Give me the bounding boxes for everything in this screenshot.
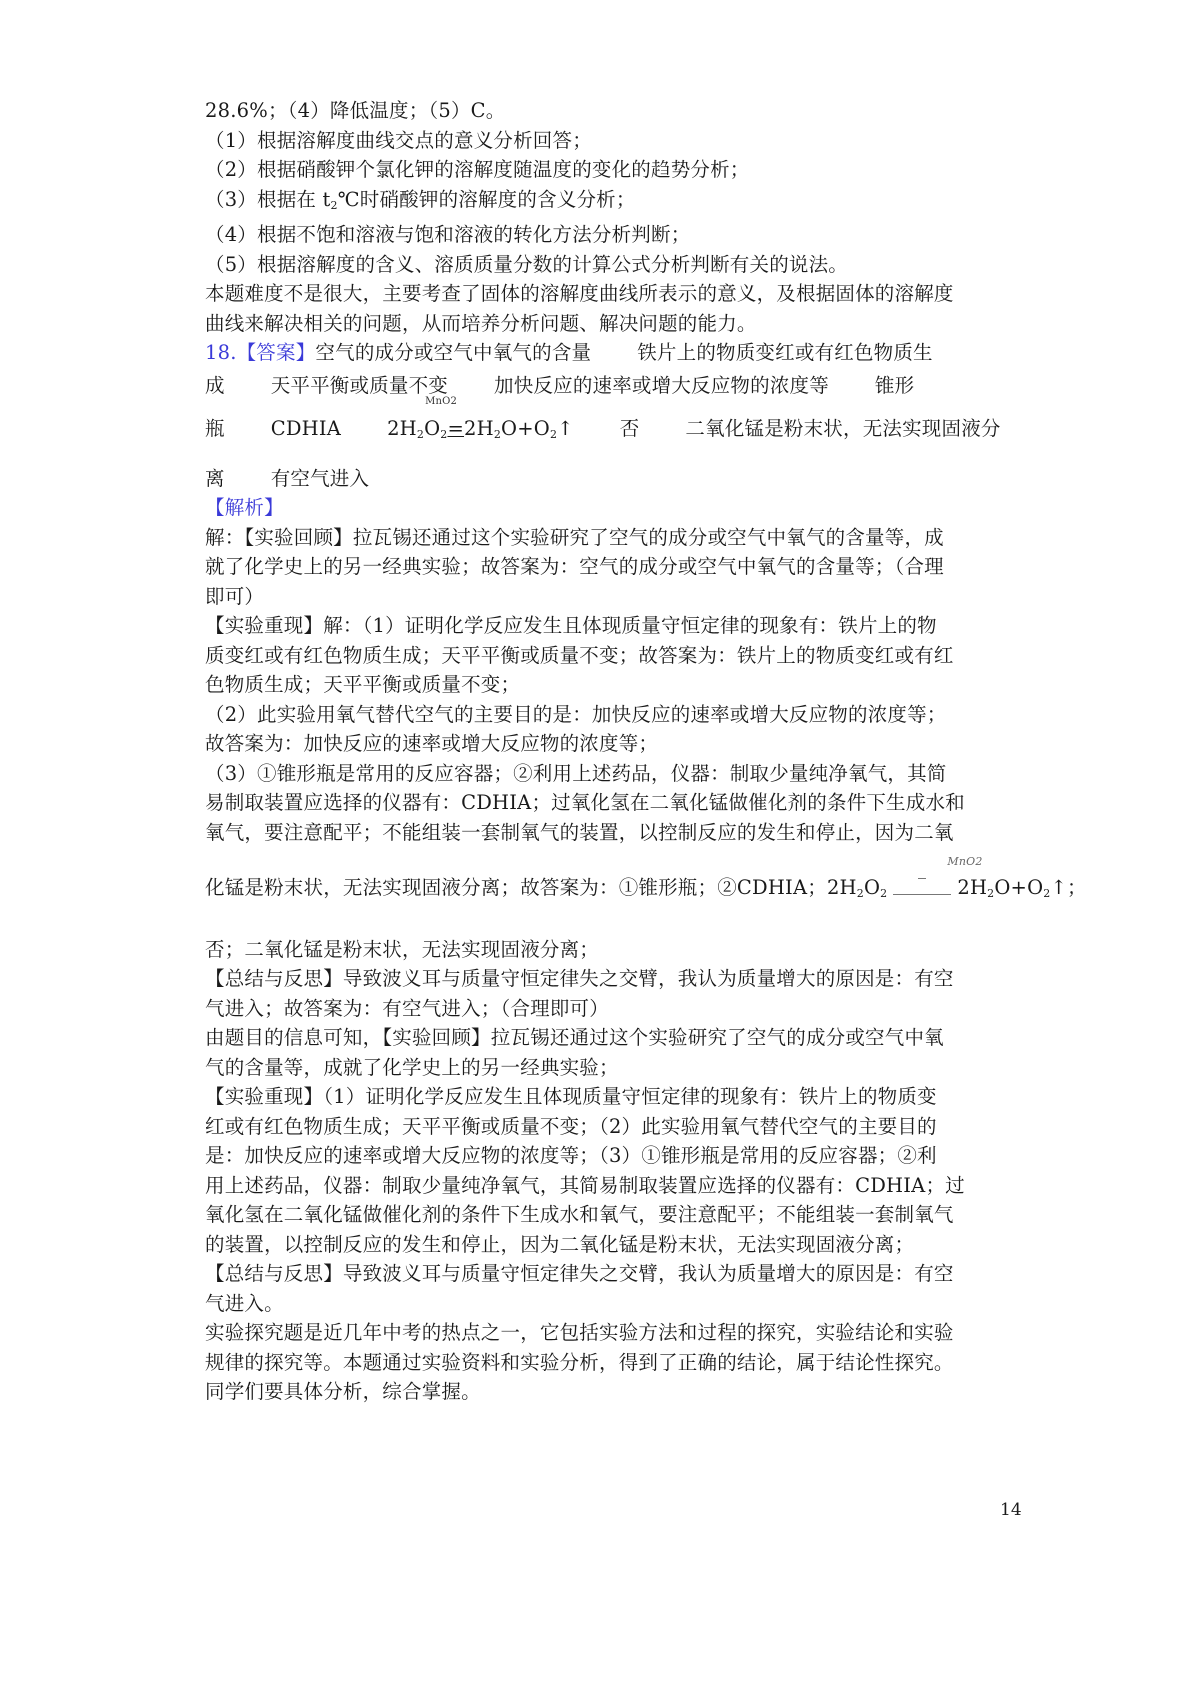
answer-6: CDHIA [271,417,341,440]
text-line: 【实验重现】解：（1）证明化学反应发生且体现质量守恒定律的现象有：铁片上的物 [205,611,1005,641]
text-line: 28.6%；（4）降低温度；（5）C。 [205,96,1005,126]
text-line: 易制取装置应选择的仪器有：CDHIA；过氧化氢在二氧化锰做催化剂的条件下生成水和 [205,788,1005,818]
answer-5-cont: 瓶 [205,417,225,440]
answer-2: 铁片上的物质变红或有红色物质生 [637,341,933,364]
answer-9-cont: 离 [205,467,225,490]
text-line: （3）根据在 t2℃时硝酸钾的溶解度的含义分析； [205,185,1005,221]
answer-line: 18.【答案】空气的成分或空气中氧气的含量铁片上的物质变红或有红色物质生 [205,338,1005,368]
text-span: ℃时硝酸钾的溶解度的含义分析； [338,188,636,211]
text-line: 解：【实验回顾】拉瓦锡还通过这个实验研究了空气的成分或空气中氧气的含量等，成 [205,523,1005,553]
text-line: 【总结与反思】导致波义耳与质量守恒定律失之交臂，我认为质量增大的原因是：有空 [205,964,1005,994]
text-line: 色物质生成；天平平衡或质量不变； [205,670,1005,700]
text-line: 红或有红色物质生成；天平平衡或质量不变；（2）此实验用氧气替代空气的主要目的 [205,1112,1005,1142]
answer-2-cont: 成 [205,374,225,397]
answer-line: 离有空气进入 [205,464,1005,494]
text-line: （2）根据硝酸钾个氯化钾的溶解度随温度的变化的趋势分析； [205,155,1005,185]
text-line: 规律的探究等。本题通过实验资料和实验分析，得到了正确的结论，属于结论性探究。 [205,1348,1005,1378]
text-line: （5）根据溶解度的含义、溶质质量分数的计算公式分析判断有关的说法。 [205,250,1005,280]
page-number: 14 [1000,1500,1022,1520]
text-line: 气进入。 [205,1289,1005,1319]
answer-label: 18.【答案】 [205,341,315,364]
text-line: 是：加快反应的速率或增大反应物的浓度等；（3）①锥形瓶是常用的反应容器；②利 [205,1141,1005,1171]
answer-1: 空气的成分或空气中氧气的含量 [315,341,591,364]
text-line: 气进入；故答案为：有空气进入；（合理即可） [205,994,1005,1024]
chemical-equation: MnO22H2O2=2H2O+O2↑ [387,414,574,450]
text-line: 【总结与反思】导致波义耳与质量守恒定律失之交臂，我认为质量增大的原因是：有空 [205,1259,1005,1289]
text-line: 氧气，要注意配平；不能组装一套制氧气的装置，以控制反应的发生和停止，因为二氧 [205,818,1005,848]
catalyst-label: MnO2 [425,397,457,407]
text-line: 就了化学史上的另一经典实验；故答案为：空气的成分或空气中氧气的含量等；（合理 [205,552,1005,582]
text-line: 化锰是粉末状，无法实现固液分离；故答案为：①锥形瓶；②CDHIA；2H2O2Mn… [205,873,1005,909]
text-line: 【实验重现】（1）证明化学反应发生且体现质量守恒定律的现象有：铁片上的物质变 [205,1082,1005,1112]
catalyst-label: MnO2 [947,847,982,877]
text-line: 本题难度不是很大，主要考查了固体的溶解度曲线所表示的意义，及根据固体的溶解度 [205,279,1005,309]
text-span: （3）根据在 t [205,188,331,211]
answer-9: 二氧化锰是粉末状，无法实现固液分 [685,417,1000,440]
text-line: 即可） [205,582,1005,612]
answer-8: 否 [620,417,640,440]
text-line: 氧化氢在二氧化锰做催化剂的条件下生成水和氧气，要注意配平；不能组装一套制氧气 [205,1200,1005,1230]
text-line: 曲线来解决相关的问题，从而培养分析问题、解决问题的能力。 [205,309,1005,339]
text-line: 质变红或有红色物质生成；天平平衡或质量不变；故答案为：铁片上的物质变红或有红 [205,641,1005,671]
answer-10: 有空气进入 [271,467,370,490]
text-line: （4）根据不饱和溶液与饱和溶液的转化方法分析判断； [205,220,1005,250]
chemical-equation: MnO2 [887,873,957,903]
text-line: 否；二氧化锰是粉末状，无法实现固液分离； [205,935,1005,965]
document-page: 28.6%；（4）降低温度；（5）C。 （1）根据溶解度曲线交点的意义分析回答；… [205,96,1005,1407]
subscript: 2 [331,199,338,212]
text-line: 实验探究题是近几年中考的热点之一，它包括实验方法和过程的探究，实验结论和实验 [205,1318,1005,1348]
text-line: 的装置，以控制反应的发生和停止，因为二氧化锰是粉末状，无法实现固液分离； [205,1230,1005,1260]
text-line: 故答案为：加快反应的速率或增大反应物的浓度等； [205,729,1005,759]
text-line: （3）①锥形瓶是常用的反应容器；②利用上述药品，仪器：制取少量纯净氧气，其简 [205,759,1005,789]
answer-line: 成天平平衡或质量不变加快反应的速率或增大反应物的浓度等锥形 [205,371,1005,401]
text-line: 用上述药品，仪器：制取少量纯净氧气，其简易制取装置应选择的仪器有：CDHIA；过 [205,1171,1005,1201]
text-line: （2）此实验用氧气替代空气的主要目的是：加快反应的速率或增大反应物的浓度等； [205,700,1005,730]
answer-line: 瓶CDHIAMnO22H2O2=2H2O+O2↑否二氧化锰是粉末状，无法实现固液… [205,414,1005,450]
answer-5: 锥形 [875,374,914,397]
text-line: （1）根据溶解度曲线交点的意义分析回答； [205,126,1005,156]
analysis-label: 【解析】 [205,493,1005,523]
answer-3: 天平平衡或质量不变 [271,374,448,397]
text-line: 由题目的信息可知，【实验回顾】拉瓦锡还通过这个实验研究了空气的成分或空气中氧 [205,1023,1005,1053]
text-line: 气的含量等，成就了化学史上的另一经典实验； [205,1053,1005,1083]
answer-4: 加快反应的速率或增大反应物的浓度等 [494,374,829,397]
text-line: 同学们要具体分析，综合掌握。 [205,1377,1005,1407]
